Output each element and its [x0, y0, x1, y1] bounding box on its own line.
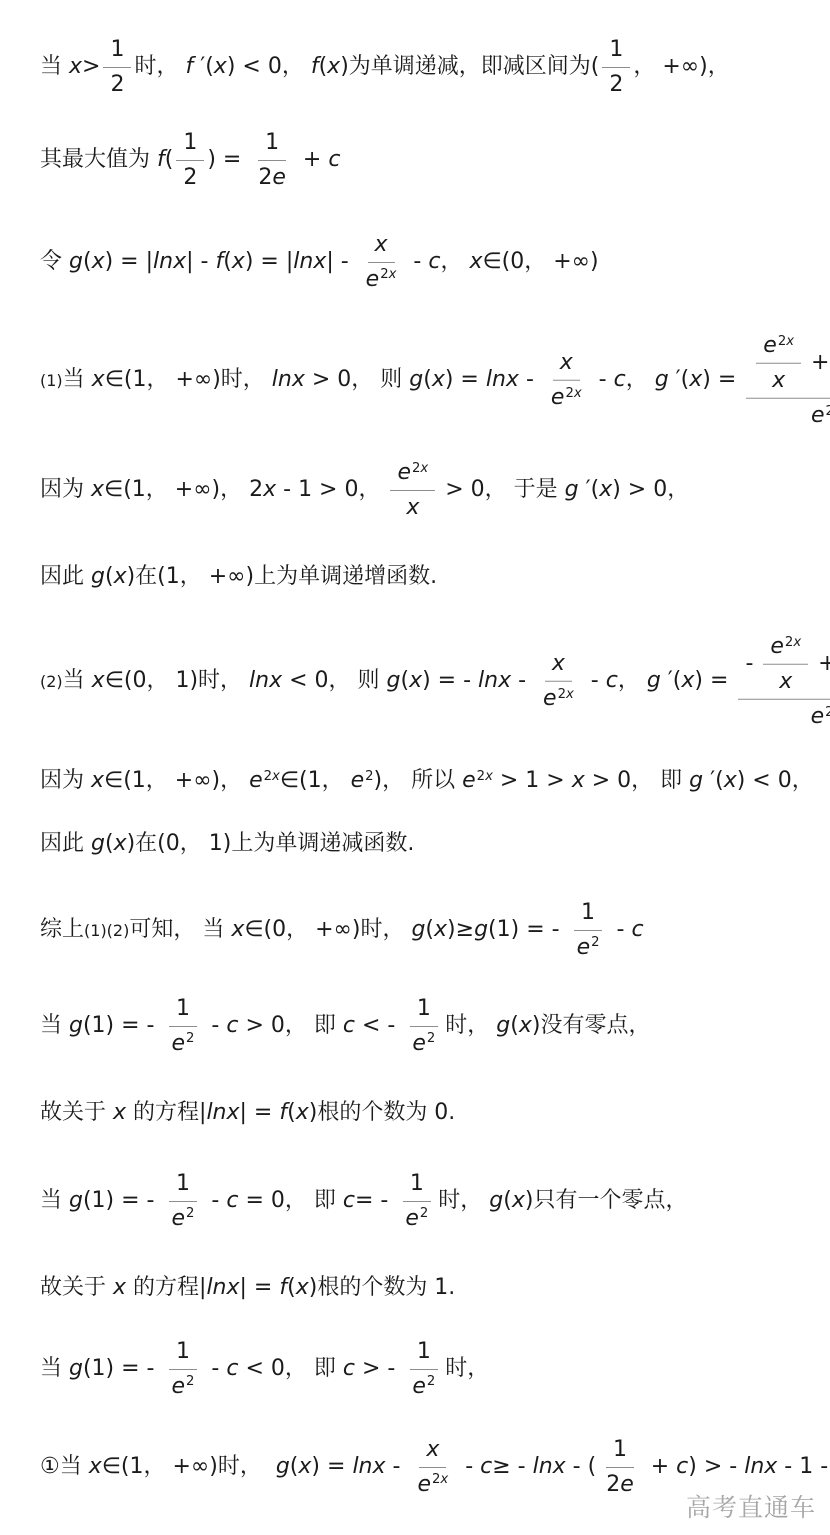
- fraction: 12: [103, 35, 131, 99]
- power-base: e: [462, 768, 476, 793]
- power-base: e: [577, 935, 591, 960]
- denominator: 2: [602, 68, 630, 100]
- text-run: - (: [566, 1454, 597, 1479]
- text-run: 时，: [438, 1188, 489, 1213]
- fraction: e2xx: [390, 458, 435, 522]
- superscript: 2: [365, 769, 373, 784]
- fraction: 12: [602, 35, 630, 99]
- math-var: g: [69, 1188, 83, 1213]
- text-run: | -: [186, 249, 215, 274]
- math-var: f: [311, 54, 319, 79]
- math-var: e: [366, 267, 380, 292]
- math-var: e: [397, 460, 411, 485]
- text-run: -: [204, 1188, 226, 1213]
- math-var: x: [681, 668, 694, 693]
- text-run: (: [319, 54, 328, 79]
- math-var: c: [631, 917, 643, 942]
- text-run: > 0， 则: [305, 367, 409, 392]
- fraction: 12e: [599, 1435, 641, 1499]
- math-var: f: [157, 147, 165, 172]
- power: e2: [171, 1031, 194, 1056]
- numerator: e2xx + 2x - 1: [746, 330, 830, 399]
- math-var: g: [411, 917, 425, 942]
- power-base: e: [417, 1472, 431, 1497]
- math-var: x: [298, 1454, 311, 1479]
- math-var: c: [226, 1356, 238, 1381]
- power: e2x: [811, 704, 830, 729]
- superscript: 2x: [778, 334, 794, 349]
- text-run: -: [584, 668, 606, 693]
- text-run: -: [519, 367, 541, 392]
- denominator: x: [772, 664, 799, 696]
- text-run: > 0， 即: [585, 768, 689, 793]
- text-run: = -: [355, 1188, 395, 1213]
- math-var: c: [226, 1013, 238, 1038]
- text-run: 令: [40, 249, 69, 274]
- fraction: 1e2: [405, 1337, 442, 1401]
- denominator: e2x: [804, 700, 830, 732]
- denominator: 2e: [251, 161, 293, 193]
- math-var: x: [113, 1275, 126, 1300]
- math-var: x: [89, 1454, 102, 1479]
- denominator: x: [765, 363, 792, 395]
- power: e2: [351, 768, 374, 793]
- text-run: -: [458, 1454, 480, 1479]
- fraction: 1e2: [570, 898, 607, 962]
- solution-line-5: 因为 x∈(1， +∞)， 2x - 1 > 0， e2xx > 0， 于是 g…: [40, 458, 689, 522]
- math-var: g: [489, 1188, 503, 1213]
- text-run: 因为: [40, 768, 91, 793]
- math-var: e: [462, 768, 476, 793]
- math-var: g: [496, 1013, 510, 1038]
- text-run: ) =: [445, 367, 486, 392]
- math-var: f: [279, 1100, 287, 1125]
- power-base: e: [397, 460, 411, 485]
- text-run: ′(: [661, 668, 682, 693]
- math-var: e: [551, 385, 565, 410]
- text-run: )， 所以: [374, 768, 463, 793]
- denominator: e2x: [804, 399, 830, 431]
- math-var: x: [214, 54, 227, 79]
- superscript: 2: [186, 1374, 194, 1389]
- text-run: (: [287, 1275, 296, 1300]
- power: e2: [412, 1374, 435, 1399]
- text-run: = 0， 即: [238, 1188, 342, 1213]
- denominator: 2: [176, 161, 204, 193]
- math-var: c: [343, 1356, 355, 1381]
- numerator: x: [368, 230, 395, 263]
- text-run: ∈(1， +∞)时，: [102, 1454, 276, 1479]
- math-var: e: [412, 1374, 426, 1399]
- fraction: 1e2: [405, 994, 442, 1058]
- math-var: e: [811, 403, 825, 428]
- math-var: x: [560, 350, 573, 375]
- text-run: < 0， 则: [282, 668, 386, 693]
- math-var: x: [572, 768, 585, 793]
- numerator: 1: [169, 994, 197, 1027]
- math-var: lnx: [352, 1454, 385, 1479]
- fraction: 12: [176, 128, 204, 192]
- text-run: (: [503, 1188, 512, 1213]
- text-run: 时，: [134, 54, 185, 79]
- superscript: 2x: [432, 1472, 448, 1487]
- text-run: 2: [825, 705, 830, 720]
- math-var: x: [434, 917, 447, 942]
- text-run: 2: [558, 686, 566, 701]
- denominator: e2x: [536, 682, 581, 714]
- text-run: ， +∞)，: [633, 54, 729, 79]
- power: e2x: [543, 686, 574, 711]
- power: e2x: [811, 403, 830, 428]
- text-run: )没有零点，: [532, 1013, 651, 1038]
- numerator: e2x: [390, 458, 435, 491]
- text-run: 2: [186, 1206, 194, 1221]
- text-run: 1: [417, 1339, 431, 1364]
- text-run: 综上: [40, 917, 84, 942]
- denominator: x: [399, 491, 426, 523]
- numerator: e2x: [763, 632, 808, 665]
- solution-line-4: (1)当 x∈(1， +∞)时， lnx > 0， 则 g(x) = lnx -…: [40, 330, 830, 431]
- math-var: c: [676, 1454, 688, 1479]
- text-run: ∈(1， +∞)时，: [105, 367, 272, 392]
- text-run: | =: [240, 1100, 280, 1125]
- text-run: ) =: [207, 147, 248, 172]
- math-var: f: [279, 1275, 287, 1300]
- text-run: ′(: [703, 768, 724, 793]
- fraction: 12e: [251, 128, 293, 192]
- math-var: x: [92, 668, 105, 693]
- solution-document: 高考直通车 当 x>12时， f ′(x) < 0， f(x)为单调递减，即减区…: [0, 0, 830, 1535]
- math-var: x: [232, 249, 245, 274]
- text-run: ′(: [193, 54, 214, 79]
- text-run: -: [204, 1013, 226, 1038]
- text-run: -: [745, 651, 760, 676]
- text-run: ) = -: [422, 668, 478, 693]
- math-var: x: [485, 769, 493, 784]
- text-run: > 0， 于是: [438, 477, 564, 502]
- math-var: c: [343, 1188, 355, 1213]
- text-run: ∈(0， 1)时，: [105, 668, 249, 693]
- math-var: c: [614, 367, 626, 392]
- text-run: 1: [176, 996, 190, 1021]
- denominator: e2x: [359, 263, 404, 295]
- solution-line-1: 当 x>12时， f ′(x) < 0， f(x)为单调递减，即减区间为(12，…: [40, 35, 730, 99]
- solution-line-10: 综上(1)(2)可知， 当 x∈(0， +∞)时， g(x)≥g(1) = - …: [40, 898, 644, 962]
- fraction: xe2x: [544, 348, 589, 412]
- math-var: lnx: [249, 668, 282, 693]
- solution-line-15: 当 g(1) = - 1e2 - c < 0， 即 c > - 1e2时，: [40, 1337, 489, 1401]
- text-run: > 0， 即: [238, 1013, 342, 1038]
- text-run: 因为: [40, 477, 91, 502]
- math-var: e: [171, 1374, 185, 1399]
- superscript: 2: [591, 935, 599, 950]
- text-run: ) < 0，: [737, 768, 814, 793]
- math-var: g: [91, 564, 105, 589]
- math-var: x: [420, 461, 428, 476]
- superscript: 2x: [785, 635, 801, 650]
- text-run: < 0， 即: [238, 1356, 342, 1381]
- text-run: -: [610, 917, 632, 942]
- fraction: e2xx: [756, 331, 801, 395]
- text-run: )在(1， +∞)上为单调递增函数.: [127, 564, 438, 589]
- power: e2x: [763, 333, 794, 358]
- power-base: e: [249, 768, 263, 793]
- fraction: 1e2: [164, 1169, 201, 1233]
- superscript: 2: [427, 1031, 435, 1046]
- power-base: e: [763, 333, 777, 358]
- power: e2: [577, 935, 600, 960]
- fraction: 1e2: [398, 1169, 435, 1233]
- math-var: x: [724, 768, 737, 793]
- text-run: 1: [265, 130, 279, 155]
- text-run: ≥ -: [492, 1454, 532, 1479]
- math-var: g: [91, 831, 105, 856]
- math-var: x: [92, 367, 105, 392]
- text-run: )在(0， 1)上为单调递减函数.: [127, 831, 415, 856]
- text-run: 2: [826, 404, 830, 419]
- text-run: ∈(0， +∞)时，: [244, 917, 411, 942]
- math-var: lnx: [486, 367, 519, 392]
- text-run: 1: [581, 900, 595, 925]
- numerator: 1: [574, 898, 602, 931]
- text-run: > 1 >: [493, 768, 572, 793]
- text-run: )根的个数为 0.: [309, 1100, 456, 1125]
- solution-line-7: (2)当 x∈(0， 1)时， lnx < 0， 则 g(x) = - lnx …: [40, 631, 830, 732]
- text-run: )≥: [447, 917, 474, 942]
- text-run: + 2: [811, 651, 830, 676]
- text-run: 当: [63, 367, 92, 392]
- text-run: 当: [40, 1356, 69, 1381]
- numerator: 1: [410, 1337, 438, 1370]
- text-run: < -: [355, 1013, 402, 1038]
- denominator: e2: [164, 1202, 201, 1234]
- superscript: 2x: [565, 385, 581, 400]
- math-var: lnx: [153, 249, 186, 274]
- solution-line-14: 故关于 x 的方程|lnx| = f(x)根的个数为 1.: [40, 1273, 455, 1303]
- text-run: ) =: [311, 1454, 352, 1479]
- text-run: ∈(1，: [280, 768, 351, 793]
- fraction: 1e2: [164, 1337, 201, 1401]
- math-var: e: [272, 165, 286, 190]
- math-var: g: [565, 477, 579, 502]
- text-run: 2: [591, 935, 599, 950]
- math-var: x: [113, 1100, 126, 1125]
- text-run: 1: [417, 996, 431, 1021]
- math-var: e: [620, 1472, 634, 1497]
- solution-line-9: 因此 g(x)在(0， 1)上为单调递减函数.: [40, 829, 414, 859]
- text-run: 2: [380, 267, 388, 282]
- text-run: (: [287, 1100, 296, 1125]
- text-run: (1) = -: [488, 917, 567, 942]
- text-run: ′(: [669, 367, 690, 392]
- denominator: e2x: [544, 381, 589, 413]
- math-var: x: [512, 1188, 525, 1213]
- math-var: e: [763, 333, 777, 358]
- text-run: 2: [110, 72, 124, 97]
- text-run: 2: [258, 165, 272, 190]
- math-var: lnx: [206, 1100, 239, 1125]
- text-run: (: [510, 1013, 519, 1038]
- numerator: 1: [169, 1169, 197, 1202]
- text-run: ) = |: [105, 249, 153, 274]
- fraction: xe2x: [410, 1435, 455, 1499]
- math-var: x: [263, 477, 276, 502]
- fraction: 1e2: [164, 994, 201, 1058]
- text-run: ，: [440, 249, 469, 274]
- text-run: -: [204, 1356, 226, 1381]
- power: e2x: [366, 267, 397, 292]
- text-run: ) < 0，: [227, 54, 311, 79]
- text-run: 当: [40, 54, 69, 79]
- text-run: ，: [618, 668, 647, 693]
- numerator: 1: [403, 1169, 431, 1202]
- fraction: e2xx + 2x - 1e2x: [746, 330, 830, 431]
- denominator: e2: [164, 1027, 201, 1059]
- text-run: )为单调递减，即减区间为(: [340, 54, 599, 79]
- denominator: e2x: [410, 1468, 455, 1500]
- power-base: e: [412, 1374, 426, 1399]
- math-var: x: [426, 1437, 439, 1462]
- power-base: e: [171, 1206, 185, 1231]
- math-var: x: [296, 1100, 309, 1125]
- math-var: e: [171, 1206, 185, 1231]
- math-var: x: [772, 367, 785, 392]
- text-run: 1: [183, 130, 197, 155]
- math-var: g: [474, 917, 488, 942]
- math-var: c: [480, 1454, 492, 1479]
- text-run: ) =: [694, 668, 735, 693]
- power-base: e: [351, 768, 365, 793]
- math-var: x: [114, 831, 127, 856]
- power: e2: [171, 1206, 194, 1231]
- numerator: - e2xx + 2x - 1: [738, 631, 830, 700]
- math-var: lnx: [272, 367, 305, 392]
- numerator: e2x: [756, 331, 801, 364]
- power-base: e: [412, 1031, 426, 1056]
- text-run: ∈(1， +∞)， 2: [104, 477, 263, 502]
- math-var: lnx: [533, 1454, 566, 1479]
- numerator: 1: [176, 128, 204, 161]
- math-var: x: [469, 249, 482, 274]
- numerator: x: [553, 348, 580, 381]
- text-run: 的方程|: [126, 1100, 206, 1125]
- text-run: (: [105, 831, 114, 856]
- solution-line-11: 当 g(1) = - 1e2 - c > 0， 即 c < - 1e2时， g(…: [40, 994, 650, 1058]
- superscript: 2x: [412, 461, 428, 476]
- denominator: e2: [164, 1370, 201, 1402]
- text-run: ) > 0，: [612, 477, 689, 502]
- text-run: 1: [176, 1171, 190, 1196]
- math-var: x: [566, 686, 574, 701]
- text-run: 的方程|: [126, 1275, 206, 1300]
- numerator: 1: [258, 128, 286, 161]
- power: e2x: [249, 768, 280, 793]
- denominator: e2: [570, 931, 607, 963]
- denominator: e2: [405, 1370, 442, 1402]
- numerator: 1: [602, 35, 630, 68]
- math-var: c: [428, 249, 440, 274]
- power-base: e: [405, 1206, 419, 1231]
- math-var: x: [296, 1275, 309, 1300]
- math-var: x: [689, 367, 702, 392]
- text-run: 2: [186, 1031, 194, 1046]
- text-run: 因此: [40, 564, 91, 589]
- text-run: 2: [609, 72, 623, 97]
- superscript: 2x: [380, 267, 396, 282]
- text-run: 其最大值为: [40, 147, 157, 172]
- power: e2x: [417, 1472, 448, 1497]
- math-var: x: [574, 385, 582, 400]
- power-base: e: [366, 267, 380, 292]
- text-run: (: [83, 249, 92, 274]
- text-run: (: [400, 668, 409, 693]
- math-var: x: [92, 249, 105, 274]
- text-run: ) = |: [245, 249, 293, 274]
- power: e2: [412, 1031, 435, 1056]
- math-var: e: [405, 1206, 419, 1231]
- math-var: c: [343, 1013, 355, 1038]
- denominator: e2: [398, 1202, 435, 1234]
- text-run: 时，: [445, 1013, 496, 1038]
- solution-line-3: 令 g(x) = |lnx| - f(x) = |lnx| - xe2x - c…: [40, 230, 599, 294]
- math-var: g: [647, 668, 661, 693]
- superscript: 2: [420, 1206, 428, 1221]
- text-run: 可知， 当: [129, 917, 231, 942]
- math-var: e: [770, 634, 784, 659]
- text-run: >: [82, 54, 100, 79]
- text-run: 2: [186, 1374, 194, 1389]
- text-run: (: [423, 367, 432, 392]
- math-var: e: [351, 768, 365, 793]
- superscript: 2x: [477, 769, 493, 784]
- power-base: e: [171, 1374, 185, 1399]
- solution-line-12: 故关于 x 的方程|lnx| = f(x)根的个数为 0.: [40, 1098, 455, 1128]
- text-run: 2: [183, 165, 197, 190]
- math-var: g: [69, 1356, 83, 1381]
- math-var: x: [519, 1013, 532, 1038]
- text-run: (1) = -: [83, 1013, 162, 1038]
- power-base: e: [551, 385, 565, 410]
- math-var: lnx: [206, 1275, 239, 1300]
- text-run: ∈(1， +∞)，: [104, 768, 249, 793]
- power: e2x: [551, 385, 582, 410]
- math-var: e: [171, 1031, 185, 1056]
- math-var: x: [272, 769, 280, 784]
- text-run: 1: [609, 37, 623, 62]
- superscript: 2x: [826, 404, 830, 419]
- text-run: 2: [365, 769, 373, 784]
- text-run: ，: [626, 367, 655, 392]
- text-run: 1: [176, 1339, 190, 1364]
- text-run: 2: [778, 334, 786, 349]
- solution-line-2: 其最大值为 f(12) = 12e + c: [40, 128, 340, 192]
- text-run: (: [223, 249, 232, 274]
- denominator: 2e: [599, 1468, 641, 1500]
- text-run: > -: [355, 1356, 402, 1381]
- power: e2: [171, 1374, 194, 1399]
- math-var: e: [543, 686, 557, 711]
- solution-line-6: 因此 g(x)在(1， +∞)上为单调递增函数.: [40, 562, 437, 592]
- text-run: )根的个数为 1.: [309, 1275, 456, 1300]
- text-run: 当: [40, 1188, 69, 1213]
- math-var: x: [409, 668, 422, 693]
- text-run: 2: [606, 1472, 620, 1497]
- text-run: 故关于: [40, 1275, 113, 1300]
- math-var: lnx: [293, 249, 326, 274]
- text-run: ′(: [579, 477, 600, 502]
- solution-line-13: 当 g(1) = - 1e2 - c = 0， 即 c= - 1e2时， g(x…: [40, 1169, 687, 1233]
- numerator: 1: [169, 1337, 197, 1370]
